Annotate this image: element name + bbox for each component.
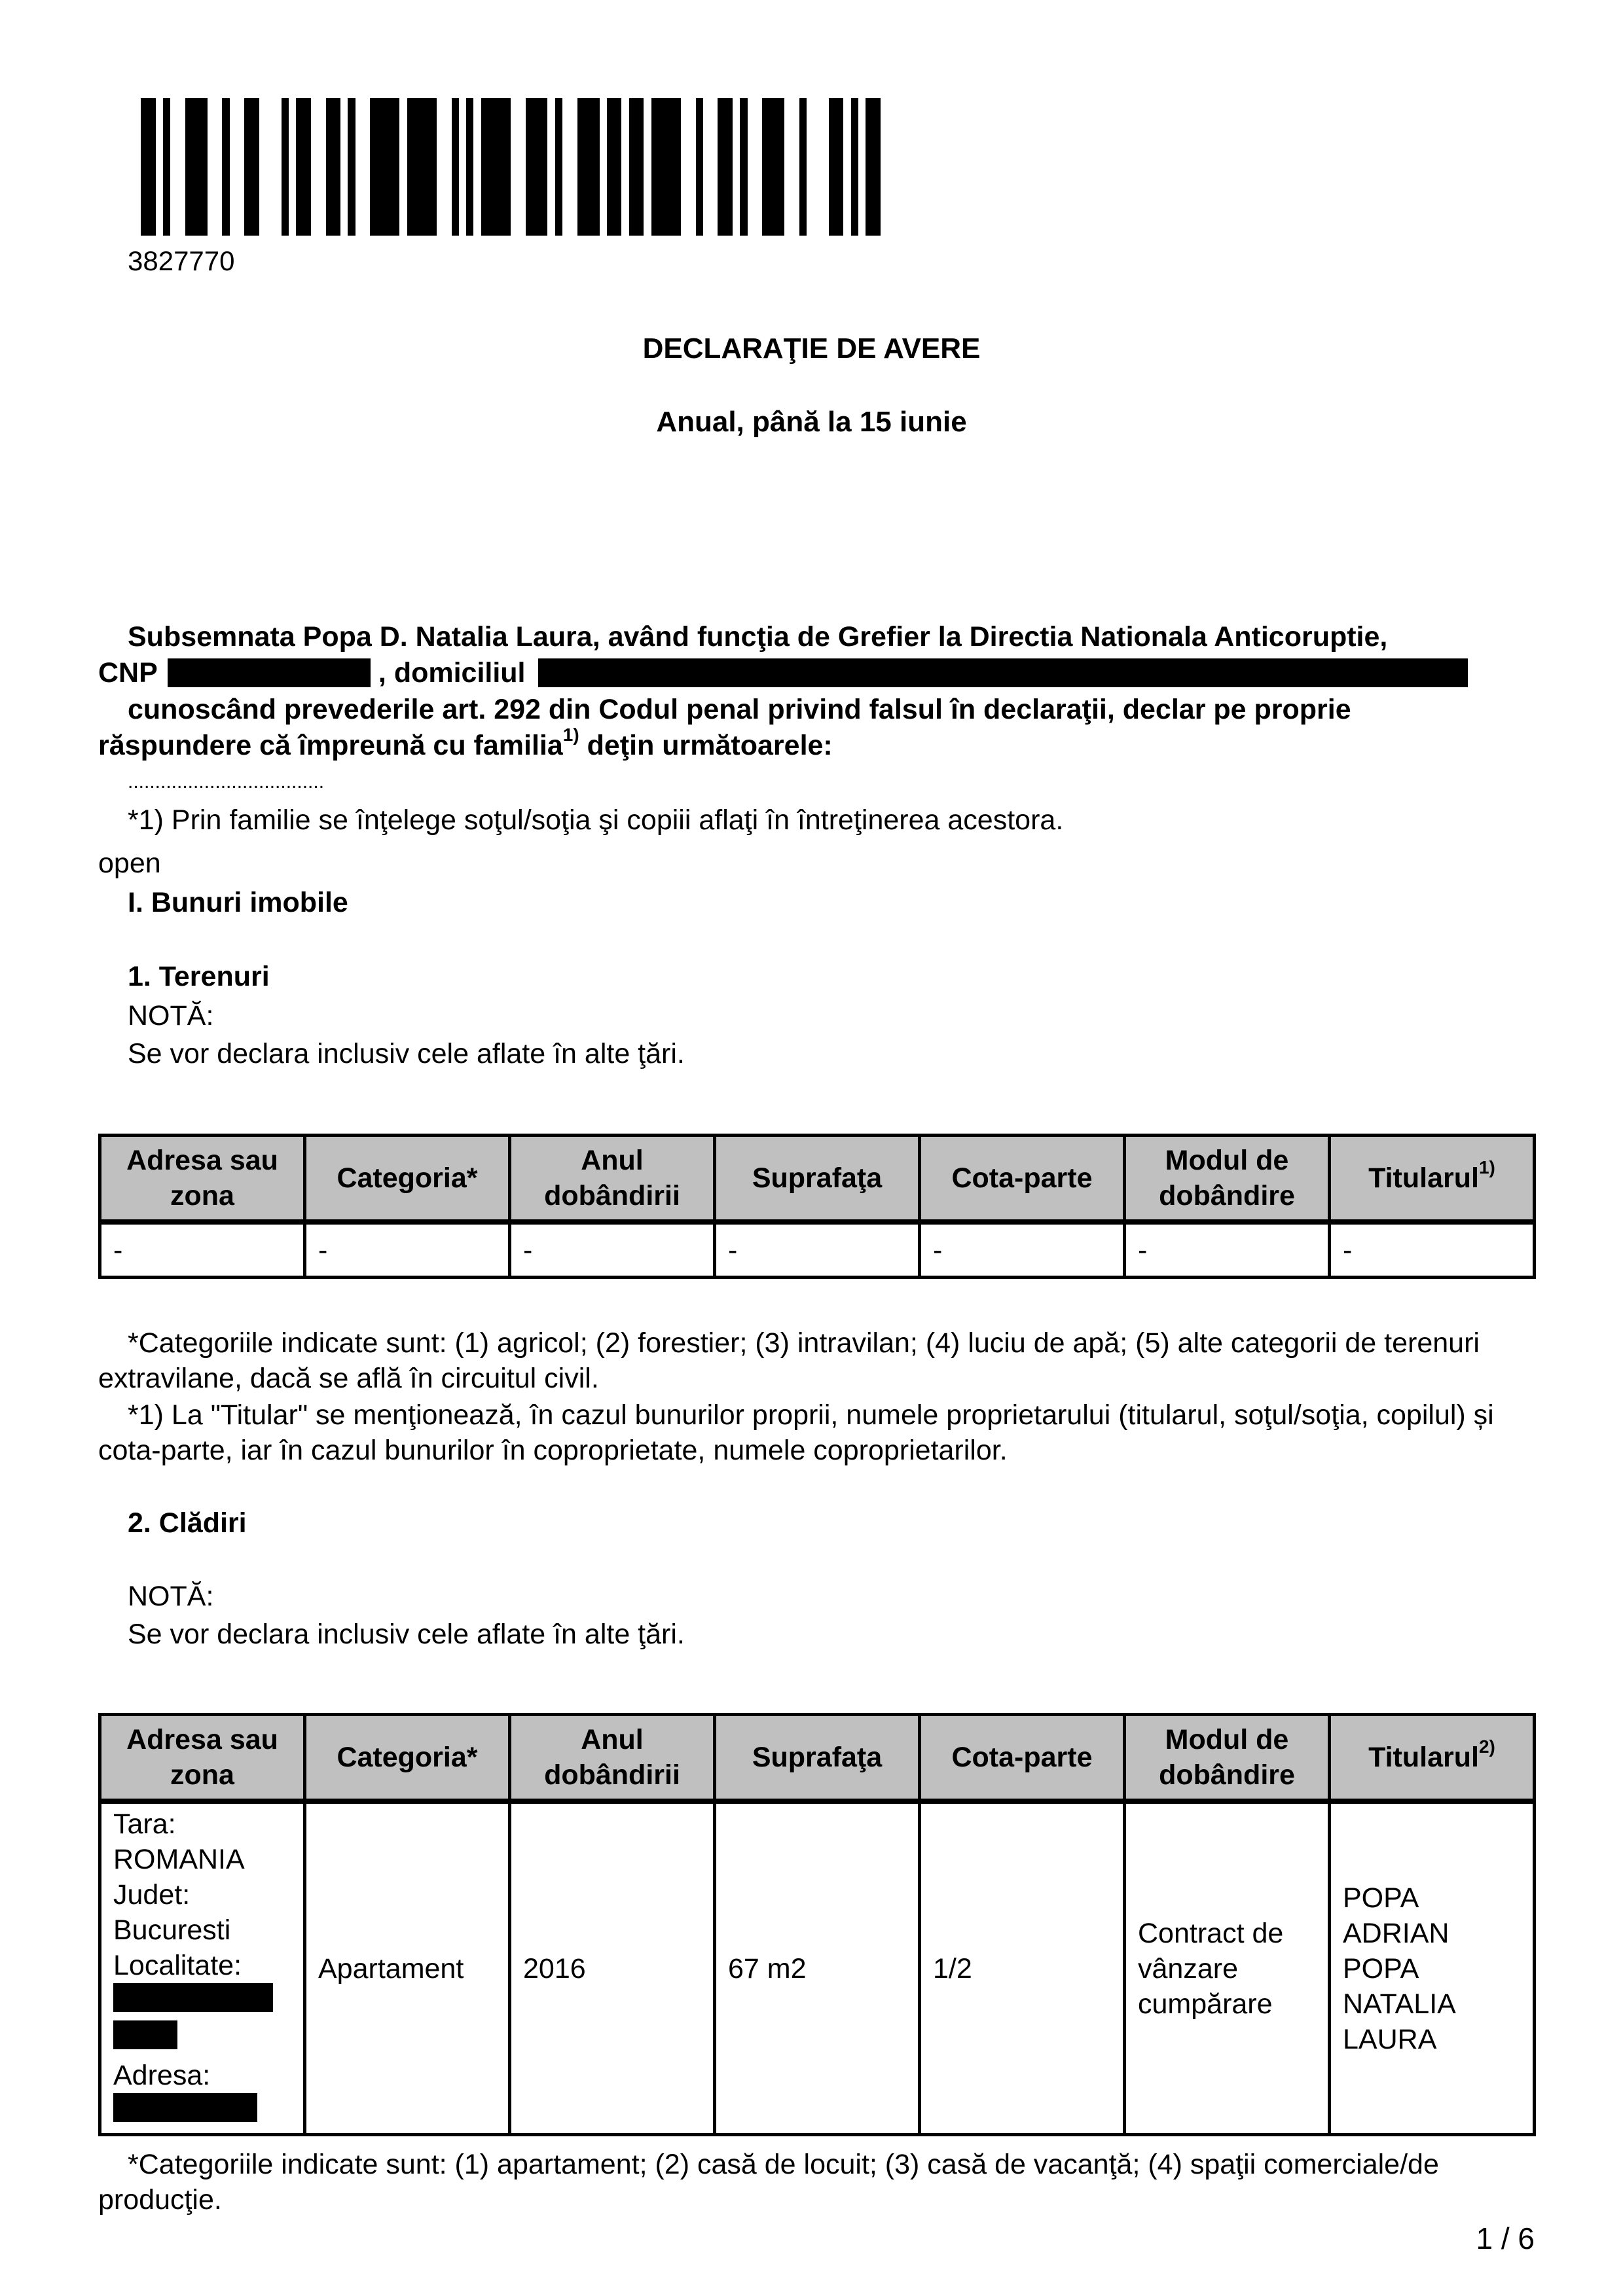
address-redacted (113, 2093, 291, 2130)
titular-lines: POPAADRIANPOPANATALIALAURA (1343, 1880, 1521, 2057)
modul-cell: Contract de vânzare cumpărare (1125, 1801, 1330, 2135)
redacted-block (113, 1983, 273, 2012)
table-cladiri: Adresa sau zona Categoria* Anul dobândir… (98, 1713, 1536, 2136)
barcode-bar (481, 98, 511, 236)
col-header-text: Titularul (1368, 1162, 1479, 1194)
barcode (141, 98, 881, 236)
barcode-bar (718, 98, 733, 236)
col-header-text: Titularul (1368, 1742, 1479, 1773)
cota-cell: 1/2 (920, 1801, 1125, 2135)
barcode-bar (607, 98, 622, 236)
table-row: Tara:ROMANIAJudet:BucurestiLocalitate: A… (100, 1801, 1535, 2135)
categoria-cell: Apartament (305, 1801, 510, 2135)
nota-label-cladiri: NOTĂ: (98, 1579, 1539, 1614)
col-header: Adresa sau zona (100, 1715, 305, 1802)
col-header-titular: Titularul1) (1330, 1136, 1535, 1223)
titular-line: POPA (1343, 1880, 1521, 1916)
table-cell: - (1330, 1222, 1535, 1277)
address-label: Adresa: (113, 2058, 291, 2093)
titular-line: ADRIAN (1343, 1916, 1521, 1951)
subsection-heading-cladiri: 2. Clădiri (98, 1505, 1539, 1541)
barcode-bar (185, 98, 208, 236)
footnote-ref: 1) (563, 725, 579, 745)
barcode-bar (799, 98, 807, 236)
footnote-ref: 2) (1479, 1736, 1495, 1757)
anul-cell: 2016 (510, 1801, 715, 2135)
barcode-bar (740, 98, 747, 236)
col-header: Categoria* (305, 1136, 510, 1223)
cnp-label: CNP (98, 657, 157, 689)
suprafata-cell: 67 m2 (715, 1801, 920, 2135)
col-header: Cota-parte (920, 1715, 1125, 1802)
barcode-bar (222, 98, 229, 236)
table-cell: - (1125, 1222, 1330, 1277)
nota-text-cladiri: Se vor declara inclusiv cele aflate în a… (98, 1617, 1539, 1652)
barcode-bar (466, 98, 473, 236)
table-cell: - (920, 1222, 1125, 1277)
barcode-bar (866, 98, 881, 236)
titular-cell: POPAADRIANPOPANATALIALAURA (1330, 1801, 1535, 2135)
titular-note: *1) La "Titular" se menţionează, în cazu… (98, 1397, 1539, 1468)
declaration-line-3: cunoscând prevederile art. 292 din Codul… (98, 692, 1539, 727)
declaration-line-2: CNP , domiciliul (98, 655, 1539, 691)
table-header-row: Adresa sau zona Categoria* Anul dobândir… (100, 1136, 1535, 1223)
col-header: Suprafaţa (715, 1715, 920, 1802)
titular-line: LAURA (1343, 2022, 1521, 2057)
barcode-bar (829, 98, 844, 236)
categories-note-terenuri: *Categoriile indicate sunt: (1) agricol;… (98, 1325, 1539, 1396)
declaration-line-4: răspundere că împreună cu familia1) deţi… (98, 728, 1539, 763)
barcode-bar (163, 98, 170, 236)
address-cell: Tara:ROMANIAJudet:BucurestiLocalitate: A… (100, 1801, 305, 2135)
col-header: Modul de dobândire (1125, 1715, 1330, 1802)
barcode-bar (141, 98, 156, 236)
col-header: Cota-parte (920, 1136, 1125, 1223)
address-line: Bucuresti (113, 1912, 291, 1948)
section-heading-bunuri-imobile: I. Bunuri imobile (98, 885, 1539, 920)
cnp-redacted (168, 658, 371, 687)
table-terenuri: Adresa sau zona Categoria* Anul dobândir… (98, 1134, 1536, 1279)
col-header-titular: Titularul2) (1330, 1715, 1535, 1802)
col-header: Suprafaţa (715, 1136, 920, 1223)
col-header: Modul de dobândire (1125, 1136, 1330, 1223)
address-line: Localitate: (113, 1948, 291, 1983)
barcode-bar (555, 98, 562, 236)
address-line: Tara: (113, 1806, 291, 1842)
col-header: Anul dobândirii (510, 1715, 715, 1802)
barcode-bar (348, 98, 355, 236)
barcode-bar (577, 98, 600, 236)
address-line: ROMANIA (113, 1842, 291, 1877)
barcode-bar (296, 98, 311, 236)
localitate-redacted (113, 1983, 291, 2020)
barcode-bar (696, 98, 703, 236)
table-cell: - (305, 1222, 510, 1277)
barcode-bar (282, 98, 289, 236)
domiciliu-redacted (538, 658, 1468, 687)
table-cell: - (510, 1222, 715, 1277)
domiciliu-label: , domiciliul (378, 657, 526, 689)
col-header: Anul dobândirii (510, 1136, 715, 1223)
document-title: DECLARAŢIE DE AVERE (0, 332, 1623, 365)
barcode-bar (526, 98, 548, 236)
barcode-bar (629, 98, 644, 236)
document-subtitle: Anual, până la 15 iunie (0, 406, 1623, 439)
open-marker: open (98, 846, 1539, 881)
barcode-bar (851, 98, 858, 236)
declaration-line-4-text: răspundere că împreună cu familia (98, 730, 563, 761)
declaration-line-4-tail: deţin următoarele: (579, 730, 833, 761)
declaration-line-1: Subsemnata Popa D. Natalia Laura, având … (98, 619, 1539, 655)
barcode-bar (651, 98, 681, 236)
footnote-ref: 1) (1479, 1157, 1495, 1177)
table-cell: - (715, 1222, 920, 1277)
barcode-bar (326, 98, 341, 236)
dots-placeholder: .................................... (98, 764, 1539, 800)
categories-note-cladiri: *Categoriile indicate sunt: (1) apartame… (98, 2147, 1539, 2217)
barcode-bar (407, 98, 437, 236)
page-number: 1 / 6 (1476, 2221, 1535, 2256)
barcode-number: 3827770 (128, 245, 235, 277)
redacted-block (113, 2020, 177, 2049)
col-header: Categoria* (305, 1715, 510, 1802)
table-row: - - - - - - - (100, 1222, 1535, 1277)
barcode-bar (370, 98, 399, 236)
family-note: *1) Prin familie se înţelege soţul/soţia… (98, 802, 1539, 838)
table-cell: - (100, 1222, 305, 1277)
barcode-bar (452, 98, 459, 236)
localitate-redacted-2 (113, 2020, 291, 2058)
table-header-row: Adresa sau zona Categoria* Anul dobândir… (100, 1715, 1535, 1802)
barcode-bar (762, 98, 784, 236)
address-line: Judet: (113, 1877, 291, 1912)
titular-line: POPA (1343, 1951, 1521, 1986)
nota-label: NOTĂ: (98, 998, 1539, 1033)
nota-text: Se vor declara inclusiv cele aflate în a… (98, 1036, 1539, 1071)
titular-line: NATALIA (1343, 1986, 1521, 2022)
subsection-heading-terenuri: 1. Terenuri (98, 959, 1539, 994)
address-lines: Tara:ROMANIAJudet:BucurestiLocalitate: (113, 1806, 291, 1983)
redacted-block (113, 2093, 257, 2122)
barcode-bar (244, 98, 259, 236)
col-header: Adresa sau zona (100, 1136, 305, 1223)
